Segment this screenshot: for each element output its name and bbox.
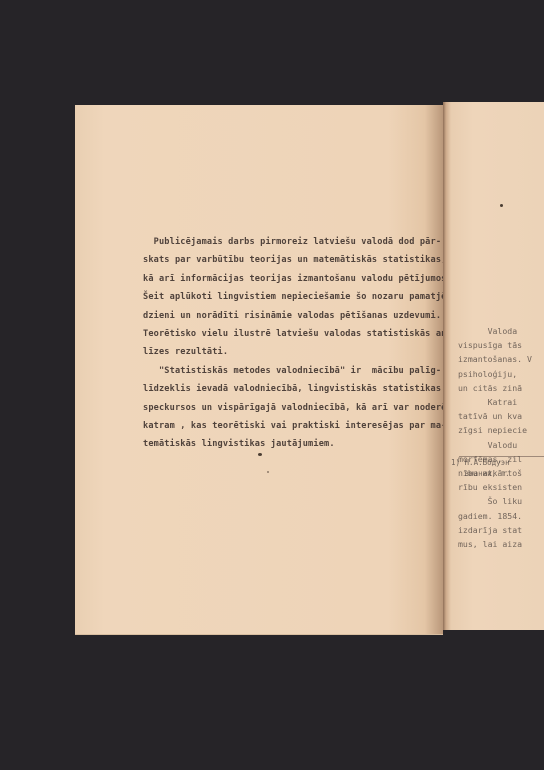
text-line: Publicējamais darbs pirmoreiz latviešu v… <box>143 233 457 251</box>
text-line: Šeit aplūkoti lingvistiem nepieciešamie … <box>143 288 457 306</box>
text-line: un citās zinā <box>458 381 532 395</box>
right-page: Valodavispusīga tāsizmantošanas. Vpsihol… <box>443 102 544 630</box>
text-line: dzieni un norādīti risināmie valodas pēt… <box>143 307 457 325</box>
text-line: psiholoģiju, <box>458 367 532 381</box>
text-line: zīgsi nepiecie <box>458 423 532 437</box>
text-line: tatīvā un kva <box>458 409 532 423</box>
text-line: Teorētisko vielu ilustrē latviešu valoda… <box>143 325 457 343</box>
text-line: līdzeklis ievadā valodniecībā, lingvisti… <box>143 380 457 398</box>
ink-speck <box>500 204 503 207</box>
ink-speck <box>267 471 269 473</box>
left-page-text: Publicējamais darbs pirmoreiz latviešu v… <box>143 233 457 454</box>
ink-speck <box>258 453 262 456</box>
text-line: izmantošanas. V <box>458 352 532 366</box>
text-line: skats par varbūtību teorijas un matemāti… <box>143 251 457 269</box>
text-line: katram , kas teorētiski vai praktiski in… <box>143 417 457 435</box>
text-line: izdarīja stat <box>458 523 532 537</box>
text-line: kā arī informācijas teorijas izmantošanu… <box>143 270 457 288</box>
right-page-text: Valodavispusīga tāsizmantošanas. Vpsihol… <box>458 324 532 551</box>
text-line: 1) Н.А.Бодуэн <box>451 457 510 468</box>
text-line: gadiem. 1854. <box>458 509 532 523</box>
text-line: Valodu <box>458 438 532 452</box>
text-line: mus, lai aiza <box>458 537 532 551</box>
text-line: знании, т. <box>451 468 510 479</box>
text-line: temātiskās lingvistikas jautājumiem. <box>143 435 457 453</box>
text-line: Valoda <box>458 324 532 338</box>
text-line: vispusīga tās <box>458 338 532 352</box>
right-page-footnote: 1) Н.А.Бодуэн знании, т. <box>451 457 510 479</box>
text-line: "Statistiskās metodes valodniecībā" ir m… <box>143 362 457 380</box>
text-line: Katrai <box>458 395 532 409</box>
text-line: rību eksisten <box>458 480 532 494</box>
text-line: Šo liku <box>458 494 532 508</box>
text-line: līzes rezultāti. <box>143 343 457 361</box>
left-page: Publicējamais darbs pirmoreiz latviešu v… <box>75 105 443 634</box>
text-line: speckursos un vispārīgajā valodniecībā, … <box>143 399 457 417</box>
